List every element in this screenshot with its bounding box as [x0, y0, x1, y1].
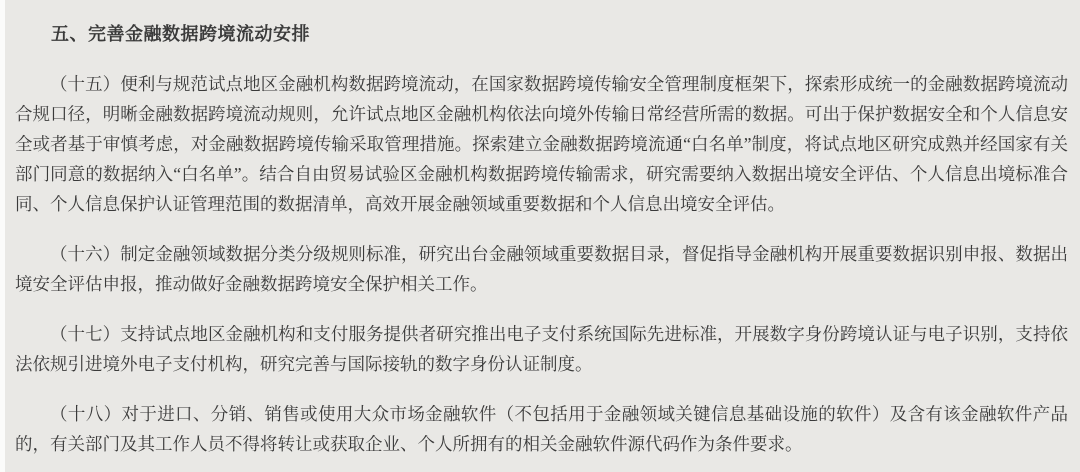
- paragraph-item-16: （十六）制定金融领域数据分类分级规则标准，研究出台金融领域重要数据目录，督促指导…: [15, 239, 1068, 299]
- paragraph-item-15: （十五）便利与规范试点地区金融机构数据跨境流动，在国家数据跨境传输安全管理制度框…: [15, 69, 1068, 219]
- paragraph-item-17: （十七）支持试点地区金融机构和支付服务提供者研究推出电子支付系统国际先进标准，开…: [15, 319, 1068, 379]
- section-heading: 五、完善金融数据跨境流动安排: [15, 19, 1068, 49]
- document-page: 五、完善金融数据跨境流动安排 （十五）便利与规范试点地区金融机构数据跨境流动，在…: [5, 0, 1080, 472]
- paragraph-item-18: （十八）对于进口、分销、销售或使用大众市场金融软件（不包括用于金融领域关键信息基…: [15, 399, 1068, 459]
